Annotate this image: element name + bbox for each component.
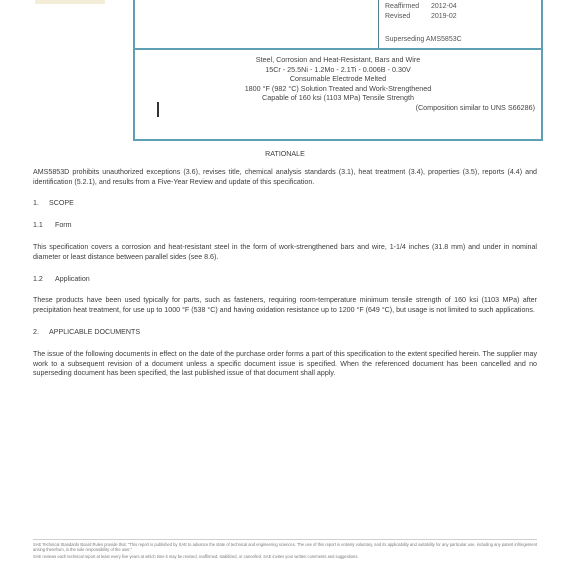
section-form-text: This specification covers a corrosion an… bbox=[33, 243, 537, 263]
section-number: 1.1 bbox=[33, 221, 55, 231]
footer-line: SAE Technical Standards Board Rules prov… bbox=[33, 542, 537, 553]
section-applicable-documents-text: The issue of the following documents in … bbox=[33, 350, 537, 379]
section-scope-heading: 1.SCOPE bbox=[33, 199, 537, 209]
rationale-heading: RATIONALE bbox=[33, 150, 537, 160]
superseding-note: Superseding AMS5853C bbox=[385, 36, 462, 43]
section-form-heading: 1.1Form bbox=[33, 221, 537, 231]
rationale-text: AMS5853D prohibits unauthorized exceptio… bbox=[33, 168, 537, 188]
section-number: 1.2 bbox=[33, 275, 55, 285]
header-top-row: Reaffirmed 2012-04 Revised 2019-02 Super… bbox=[135, 0, 541, 50]
section-number: 2. bbox=[33, 328, 49, 338]
section-title: Form bbox=[55, 221, 72, 229]
section-number: 1. bbox=[33, 199, 49, 209]
section-application-heading: 1.2Application bbox=[33, 275, 537, 285]
composition-note: (Composition similar to UNS S66286) bbox=[135, 103, 541, 113]
revised-date: 2019-02 bbox=[431, 12, 457, 22]
section-title: Application bbox=[55, 275, 90, 283]
title-line: Steel, Corrosion and Heat-Resistant, Bar… bbox=[135, 55, 541, 65]
reaffirmed-label: Reaffirmed bbox=[385, 2, 431, 12]
document-body: RATIONALE AMS5853D prohibits unauthorize… bbox=[33, 150, 537, 391]
reaffirmed-date: 2012-04 bbox=[431, 2, 457, 12]
title-line: 15Cr - 25.5Ni - 1.2Mo - 2.1Ti - 0.006B -… bbox=[135, 65, 541, 75]
section-title: APPLICABLE DOCUMENTS bbox=[49, 328, 140, 336]
header-divider bbox=[378, 0, 379, 48]
document-header-box: Reaffirmed 2012-04 Revised 2019-02 Super… bbox=[133, 0, 543, 141]
footer-line: SAE reviews each technical report at lea… bbox=[33, 554, 537, 559]
revision-dates: Reaffirmed 2012-04 Revised 2019-02 bbox=[385, 2, 457, 21]
section-application-text: These products have been used typically … bbox=[33, 296, 537, 316]
title-line: Consumable Electrode Melted bbox=[135, 74, 541, 84]
revised-label: Revised bbox=[385, 12, 431, 22]
document-title: Steel, Corrosion and Heat-Resistant, Bar… bbox=[135, 55, 541, 113]
reaffirmed-row: Reaffirmed 2012-04 bbox=[385, 2, 457, 12]
revised-row: Revised 2019-02 bbox=[385, 12, 457, 22]
section-title: SCOPE bbox=[49, 199, 74, 207]
page-footer: SAE Technical Standards Board Rules prov… bbox=[33, 539, 537, 561]
title-line: 1800 °F (982 °C) Solution Treated and Wo… bbox=[135, 84, 541, 94]
section-applicable-documents-heading: 2.APPLICABLE DOCUMENTS bbox=[33, 328, 537, 338]
title-line: Capable of 160 ksi (1103 MPa) Tensile St… bbox=[135, 93, 541, 103]
sae-logo bbox=[35, 0, 105, 4]
